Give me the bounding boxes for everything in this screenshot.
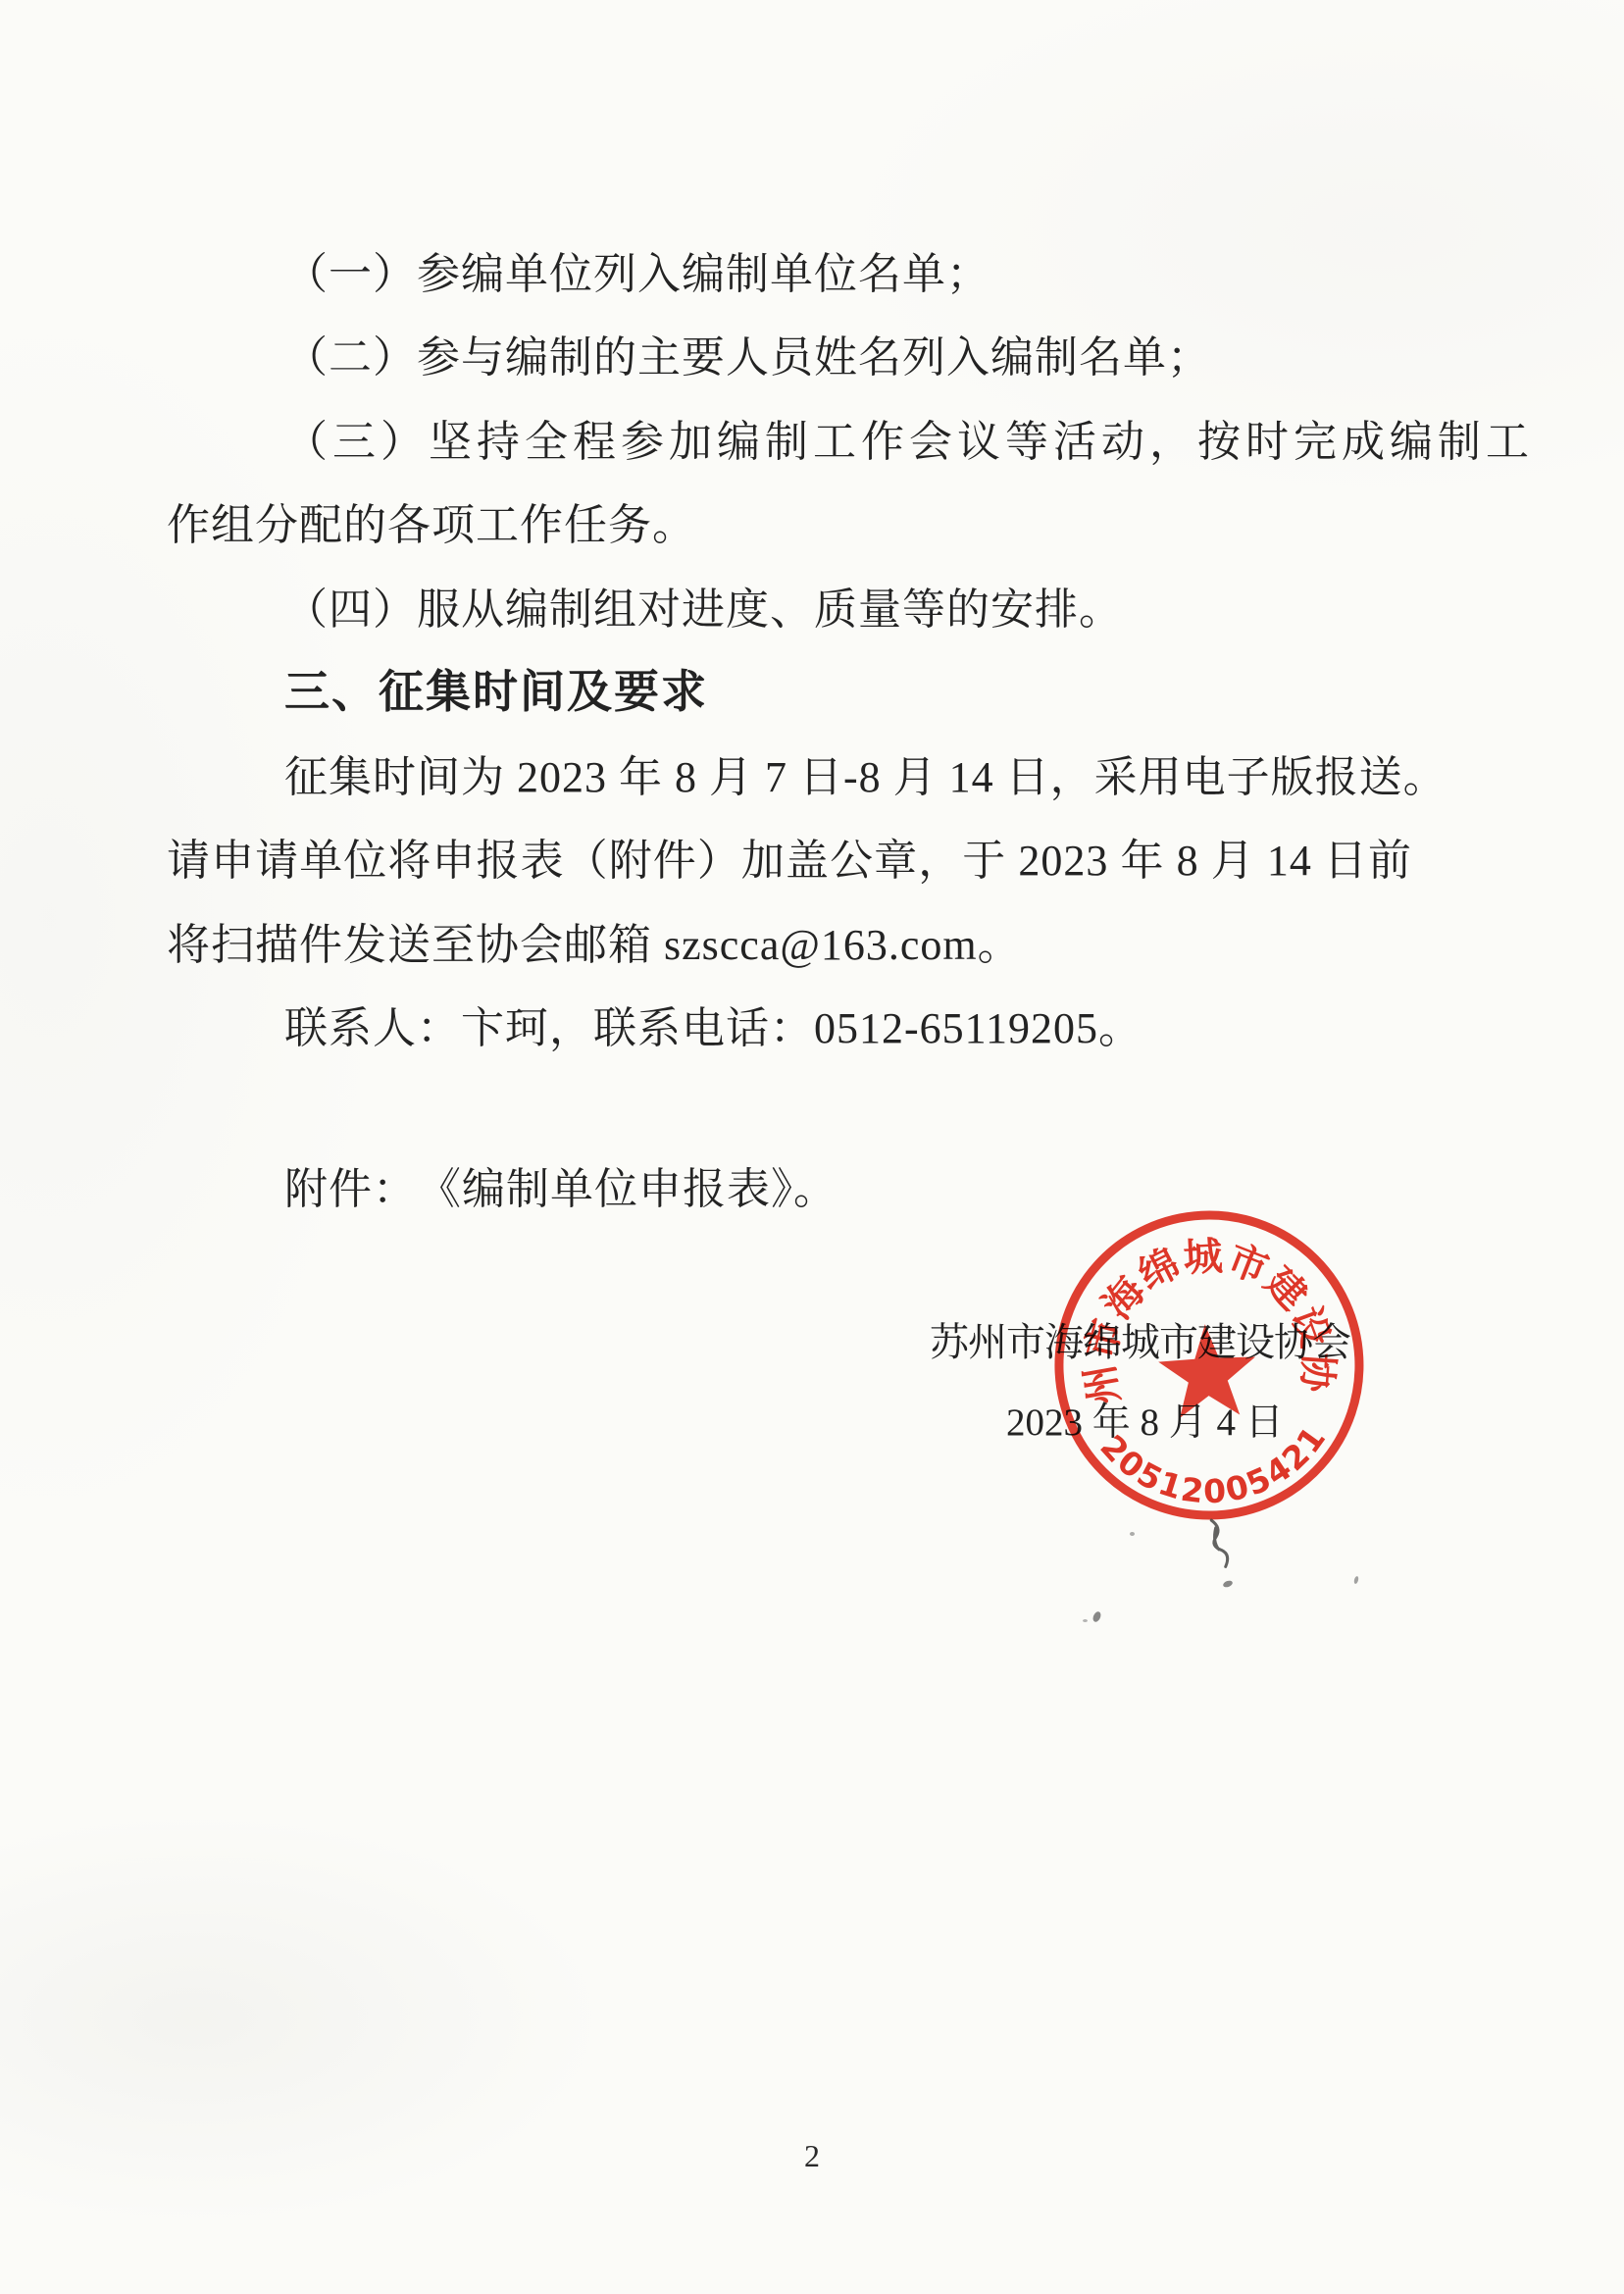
body-line-1: （一）参编单位列入编制单位名单； — [167, 250, 1530, 299]
scan-speck — [1083, 1619, 1088, 1622]
page-number: 2 — [0, 2138, 1624, 2174]
scan-squiggle — [1211, 1519, 1228, 1567]
body-line-5: （四）服从编制组对进度、质量等的安排。 — [167, 586, 1530, 635]
document-page: （一）参编单位列入编制单位名单； （二）参与编制的主要人员姓名列入编制名单； （… — [0, 0, 1624, 2294]
body-line-7: 征集时间为 2023 年 8 月 7 日-8 月 14 日，采用电子版报送。 — [167, 753, 1530, 802]
scan-speck — [1353, 1576, 1359, 1585]
section-heading: 三、征集时间及要求 — [167, 667, 1530, 716]
body-line-2: （二）参与编制的主要人员姓名列入编制名单； — [167, 333, 1530, 382]
official-seal: 苏州市海绵城市建设协会 3205120054215 — [1034, 1190, 1386, 1579]
contact-line: 联系人：卞珂，联系电话：0512-65119205。 — [167, 1004, 1530, 1053]
body-line-9: 将扫描件发送至协会邮箱 szscca@163.com。 — [167, 921, 1412, 970]
body-line-3: （三）坚持全程参加编制工作会议等活动，按时完成编制工 — [167, 418, 1530, 467]
scan-speck — [1130, 1532, 1135, 1536]
body-line-8: 请申请单位将申报表（附件）加盖公章，于 2023 年 8 月 14 日前 — [167, 837, 1412, 886]
scan-speck — [1091, 1610, 1102, 1623]
star-icon — [1156, 1322, 1258, 1419]
scan-speck — [1222, 1579, 1233, 1588]
body-line-4: 作组分配的各项工作任务。 — [167, 501, 1412, 550]
